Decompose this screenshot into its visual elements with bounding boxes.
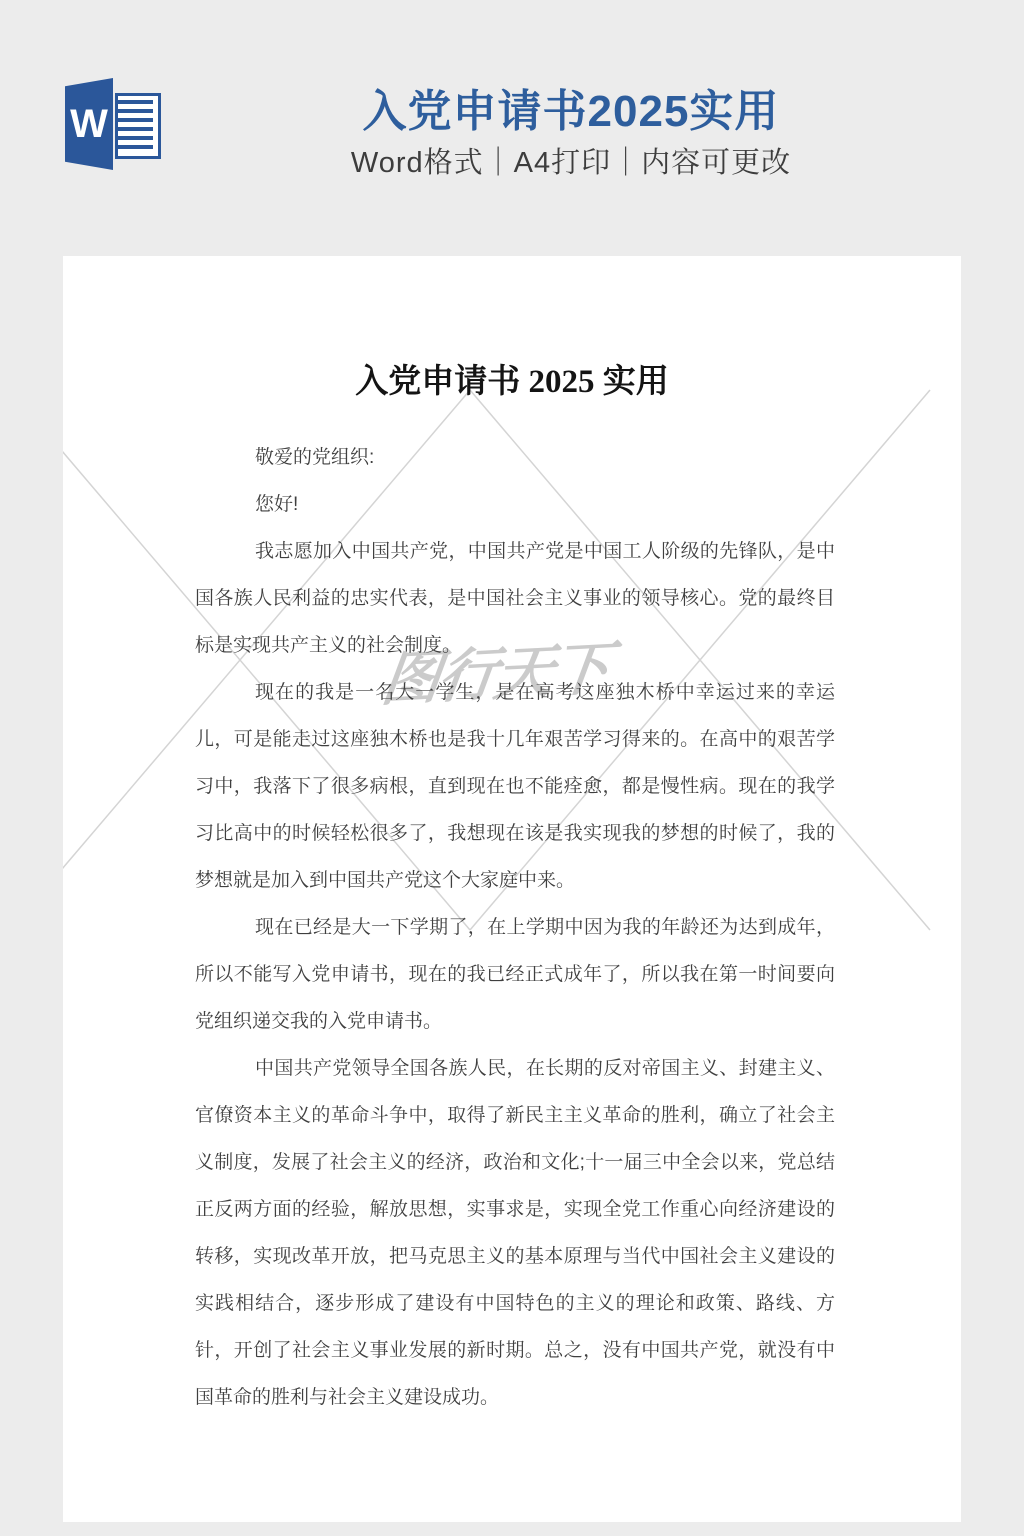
document-page: 图行天下 入党申请书 2025 实用 敬爱的党组织: 您好! 我志愿加入中国共产…	[63, 256, 961, 1522]
template-title: 入党申请书2025实用	[351, 88, 791, 136]
document-title: 入党申请书 2025 实用	[63, 366, 961, 399]
greeting-line: 您好!	[195, 481, 835, 528]
document-body: 敬爱的党组织: 您好! 我志愿加入中国共产党，中国共产党是中国工人阶级的先锋队，…	[195, 434, 835, 1421]
word-icon: W	[65, 78, 165, 170]
body-paragraph: 中国共产党领导全国各族人民，在长期的反对帝国主义、封建主义、官僚资本主义的革命斗…	[195, 1045, 835, 1421]
page-canvas: W 入党申请书2025实用 Word格式｜A4打印｜内容可更改 图行天下 入党申…	[0, 0, 1024, 1536]
body-paragraph: 现在的我是一名大一学生，是在高考这座独木桥中幸运过来的幸运儿，可是能走过这座独木…	[195, 669, 835, 904]
template-subtitle: Word格式｜A4打印｜内容可更改	[351, 148, 791, 180]
word-icon-cover: W	[65, 78, 113, 170]
salutation-line: 敬爱的党组织:	[195, 434, 835, 481]
word-icon-text-lines	[118, 100, 153, 152]
header: W 入党申请书2025实用 Word格式｜A4打印｜内容可更改	[0, 0, 1024, 256]
header-text-block: 入党申请书2025实用 Word格式｜A4打印｜内容可更改	[351, 88, 791, 180]
body-paragraph: 我志愿加入中国共产党，中国共产党是中国工人阶级的先锋队，是中国各族人民利益的忠实…	[195, 528, 835, 669]
word-icon-letter: W	[70, 104, 108, 144]
word-icon-document	[115, 93, 161, 159]
body-paragraph: 现在已经是大一下学期了，在上学期中因为我的年龄还为达到成年，所以不能写入党申请书…	[195, 904, 835, 1045]
